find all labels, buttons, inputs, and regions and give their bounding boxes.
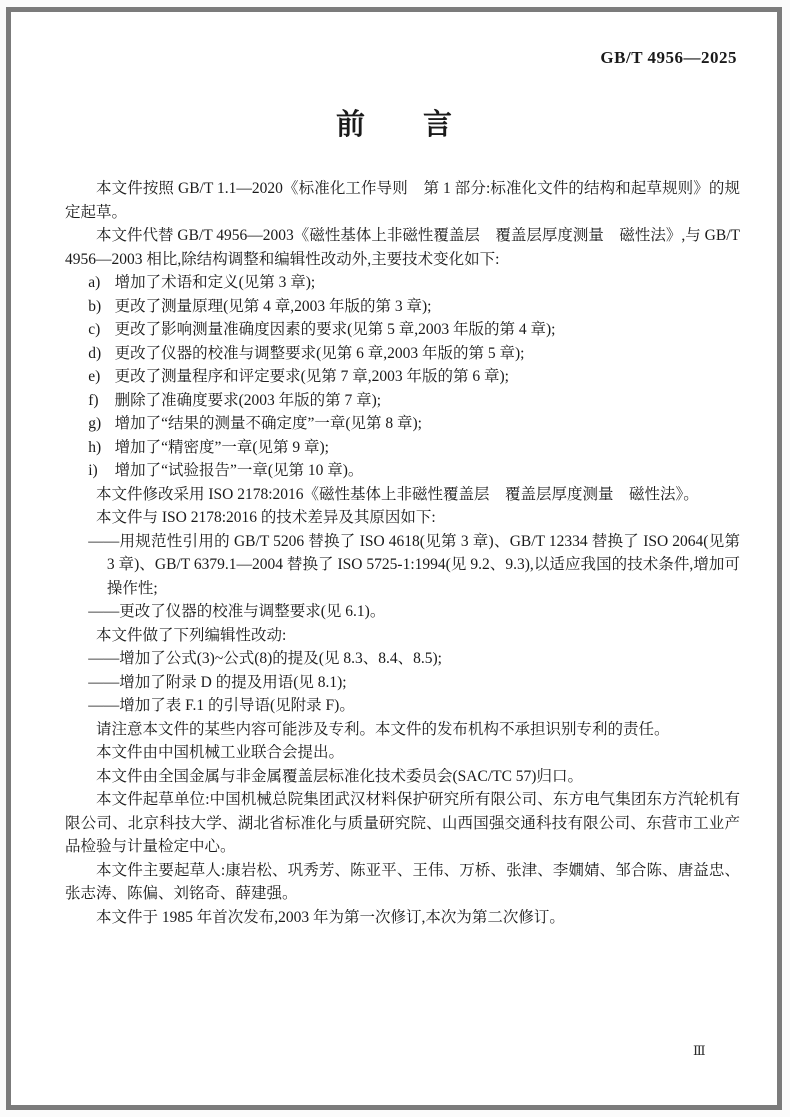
list-item-text: 删除了准确度要求(2003 年版的第 7 章); bbox=[115, 392, 382, 409]
foreword-dash-item: ——用规范性引用的 GB/T 5206 替换了 ISO 4618(见第 3 章)… bbox=[65, 530, 740, 601]
foreword-paragraph: 本文件主要起草人:康岩松、巩秀芳、陈亚平、王伟、万桥、张津、李嫺婧、邹合陈、唐益… bbox=[65, 859, 740, 906]
document-canvas: GB/T 4956—2025 前 言 本文件按照 GB/T 1.1—2020《标… bbox=[0, 0, 790, 1117]
list-item-text: 增加了“结果的测量不确定度”一章(见第 8 章); bbox=[115, 415, 422, 432]
foreword-paragraph: 本文件代替 GB/T 4956—2003《磁性基体上非磁性覆盖层 覆盖层厚度测量… bbox=[65, 224, 740, 271]
foreword-letter-item: e)更改了测量程序和评定要求(见第 7 章,2003 年版的第 6 章); bbox=[65, 365, 740, 389]
foreword-letter-item: a)增加了术语和定义(见第 3 章); bbox=[65, 271, 740, 295]
foreword-letter-item: i)增加了“试验报告”一章(见第 10 章)。 bbox=[65, 459, 740, 483]
list-item-label: i) bbox=[88, 459, 97, 483]
foreword-dash-item: ——增加了公式(3)~公式(8)的提及(见 8.3、8.4、8.5); bbox=[65, 647, 740, 671]
list-item-text: 更改了影响测量准确度因素的要求(见第 5 章,2003 年版的第 4 章); bbox=[115, 321, 556, 338]
foreword-paragraph: 本文件由中国机械工业联合会提出。 bbox=[65, 741, 740, 765]
list-item-label: a) bbox=[88, 271, 100, 295]
list-item-text: 更改了测量原理(见第 4 章,2003 年版的第 3 章); bbox=[115, 298, 432, 315]
page-title: 前 言 bbox=[11, 102, 777, 143]
list-item-label: c) bbox=[88, 318, 100, 342]
foreword-paragraph: 本文件起草单位:中国机械总院集团武汉材料保护研究所有限公司、东方电气集团东方汽轮… bbox=[65, 788, 740, 859]
foreword-letter-item: c)更改了影响测量准确度因素的要求(见第 5 章,2003 年版的第 4 章); bbox=[65, 318, 740, 342]
list-item-text: 增加了“试验报告”一章(见第 10 章)。 bbox=[115, 462, 364, 479]
foreword-dash-item: ——增加了表 F.1 的引导语(见附录 F)。 bbox=[65, 694, 740, 718]
foreword-dash-item: ——增加了附录 D 的提及用语(见 8.1); bbox=[65, 671, 740, 695]
list-item-label: g) bbox=[88, 412, 101, 436]
doc-number: GB/T 4956—2025 bbox=[11, 48, 777, 68]
foreword-letter-item: b)更改了测量原理(见第 4 章,2003 年版的第 3 章); bbox=[65, 295, 740, 319]
foreword-letter-item: d)更改了仪器的校准与调整要求(见第 6 章,2003 年版的第 5 章); bbox=[65, 342, 740, 366]
foreword-dash-item: ——更改了仪器的校准与调整要求(见 6.1)。 bbox=[65, 600, 740, 624]
foreword-letter-item: h)增加了“精密度”一章(见第 9 章); bbox=[65, 436, 740, 460]
list-item-text: 增加了“精密度”一章(见第 9 章); bbox=[115, 439, 329, 456]
document-page: GB/T 4956—2025 前 言 本文件按照 GB/T 1.1—2020《标… bbox=[6, 7, 782, 1110]
list-item-label: b) bbox=[88, 295, 101, 319]
list-item-text: 更改了仪器的校准与调整要求(见第 6 章,2003 年版的第 5 章); bbox=[115, 345, 525, 362]
foreword-paragraph: 本文件于 1985 年首次发布,2003 年为第一次修订,本次为第二次修订。 bbox=[65, 906, 740, 930]
foreword-letter-item: g)增加了“结果的测量不确定度”一章(见第 8 章); bbox=[65, 412, 740, 436]
list-item-label: d) bbox=[88, 342, 101, 366]
foreword-paragraph: 请注意本文件的某些内容可能涉及专利。本文件的发布机构不承担识别专利的责任。 bbox=[65, 718, 740, 742]
page-number: Ⅲ bbox=[693, 1043, 706, 1059]
foreword-paragraph: 本文件由全国金属与非金属覆盖层标准化技术委员会(SAC/TC 57)归口。 bbox=[65, 765, 740, 789]
list-item-text: 更改了测量程序和评定要求(见第 7 章,2003 年版的第 6 章); bbox=[115, 368, 509, 385]
list-item-text: 增加了术语和定义(见第 3 章); bbox=[115, 274, 316, 291]
foreword-body: 本文件按照 GB/T 1.1—2020《标准化工作导则 第 1 部分:标准化文件… bbox=[11, 177, 777, 929]
foreword-letter-item: f)删除了准确度要求(2003 年版的第 7 章); bbox=[65, 389, 740, 413]
list-item-label: h) bbox=[88, 436, 101, 460]
foreword-paragraph: 本文件修改采用 ISO 2178:2016《磁性基体上非磁性覆盖层 覆盖层厚度测… bbox=[65, 483, 740, 507]
foreword-paragraph: 本文件按照 GB/T 1.1—2020《标准化工作导则 第 1 部分:标准化文件… bbox=[65, 177, 740, 224]
list-item-label: e) bbox=[88, 365, 100, 389]
list-item-label: f) bbox=[88, 389, 98, 413]
foreword-paragraph: 本文件做了下列编辑性改动: bbox=[65, 624, 740, 648]
foreword-paragraph: 本文件与 ISO 2178:2016 的技术差异及其原因如下: bbox=[65, 506, 740, 530]
